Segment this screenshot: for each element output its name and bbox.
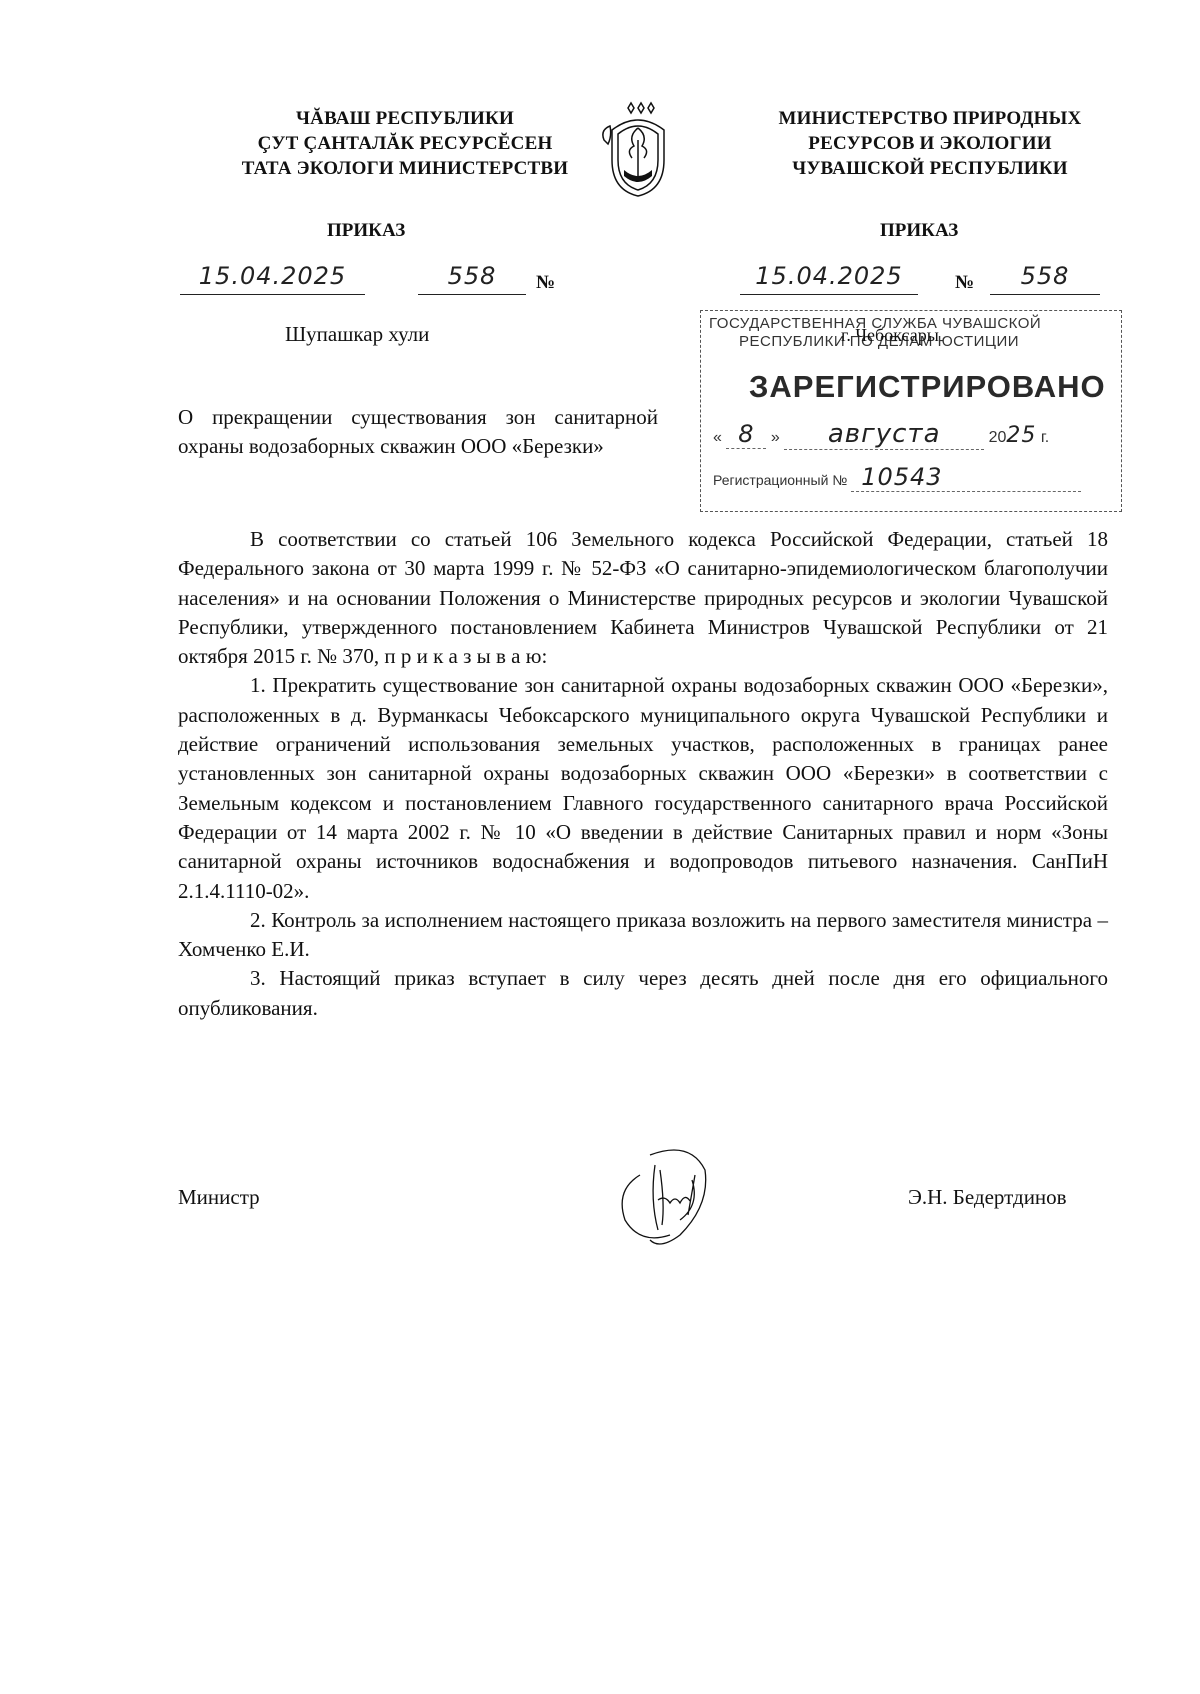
order-label-right: ПРИКАЗ bbox=[880, 220, 958, 242]
coat-of-arms-icon bbox=[598, 100, 678, 200]
place-of-issue: Шупашкар хули bbox=[285, 322, 429, 347]
body-item-1: 1. Прекратить существование зон санитарн… bbox=[178, 671, 1108, 905]
body-item-3: 3. Настоящий приказ вступает в силу чере… bbox=[178, 964, 1108, 1023]
header-right-line-3: ЧУВАШСКОЙ РЕСПУБЛИКИ bbox=[745, 156, 1115, 181]
registration-stamp: ГОСУДАРСТВЕННАЯ СЛУЖБА ЧУВАШСКОЙ РЕСПУБЛ… bbox=[700, 310, 1122, 512]
stamp-month: августа bbox=[784, 419, 984, 450]
header-right-russian: МИНИСТЕРСТВО ПРИРОДНЫХ РЕСУРСОВ И ЭКОЛОГ… bbox=[745, 106, 1115, 181]
order-body: В соответствии со статьей 106 Земельного… bbox=[178, 525, 1108, 1023]
header-right-line-1: МИНИСТЕРСТВО ПРИРОДНЫХ bbox=[745, 106, 1115, 131]
stamp-quote-open: « bbox=[713, 429, 722, 446]
body-preamble: В соответствии со статьей 106 Земельного… bbox=[178, 525, 1108, 671]
stamp-year-unit: г. bbox=[1041, 429, 1049, 446]
signature-name: Э.Н. Бедертдинов bbox=[908, 1185, 1067, 1210]
stamp-registered-label: ЗАРЕГИСТРИРОВАНО bbox=[749, 369, 1106, 405]
stamp-quote-close: » bbox=[771, 429, 780, 446]
number-sign-right: № bbox=[955, 272, 974, 294]
stamp-date-row: « 8 » августа 2025 г. bbox=[713, 419, 1113, 450]
stamp-regno-label: Регистрационный № bbox=[713, 472, 847, 488]
order-number-right: 558 bbox=[990, 262, 1100, 295]
stamp-year-prefix: 20 bbox=[989, 429, 1007, 446]
order-number-left: 558 bbox=[418, 262, 526, 295]
stamp-city: г. Чебоксары bbox=[841, 325, 939, 346]
order-label-left: ПРИКАЗ bbox=[327, 220, 405, 242]
header-left-line-2: ÇУТ ÇАНТАЛĂК РЕСУРСĔСЕН bbox=[220, 131, 590, 156]
header-left-line-1: ЧĂВАШ РЕСПУБЛИКИ bbox=[220, 106, 590, 131]
header-right-line-2: РЕСУРСОВ И ЭКОЛОГИИ bbox=[745, 131, 1115, 156]
header-left-chuvash: ЧĂВАШ РЕСПУБЛИКИ ÇУТ ÇАНТАЛĂК РЕСУРСĔСЕН… bbox=[220, 106, 590, 181]
order-title: О прекращении существования зон санитарн… bbox=[178, 403, 658, 461]
signature-icon bbox=[610, 1145, 740, 1250]
signature-position: Министр bbox=[178, 1185, 260, 1210]
order-date-right: 15.04.2025 bbox=[740, 262, 918, 295]
header-left-line-3: ТАТА ЭКОЛОГИ МИНИСТЕРСТВИ bbox=[220, 156, 590, 181]
body-item-2: 2. Контроль за исполнением настоящего пр… bbox=[178, 906, 1108, 965]
number-sign-left: № bbox=[536, 272, 555, 294]
stamp-day: 8 bbox=[726, 420, 766, 449]
order-date-left: 15.04.2025 bbox=[180, 262, 365, 295]
stamp-regno-row: Регистрационный № 10543 bbox=[713, 463, 1113, 492]
stamp-year-suffix: 25 bbox=[1006, 423, 1036, 448]
stamp-regno: 10543 bbox=[851, 463, 1081, 492]
